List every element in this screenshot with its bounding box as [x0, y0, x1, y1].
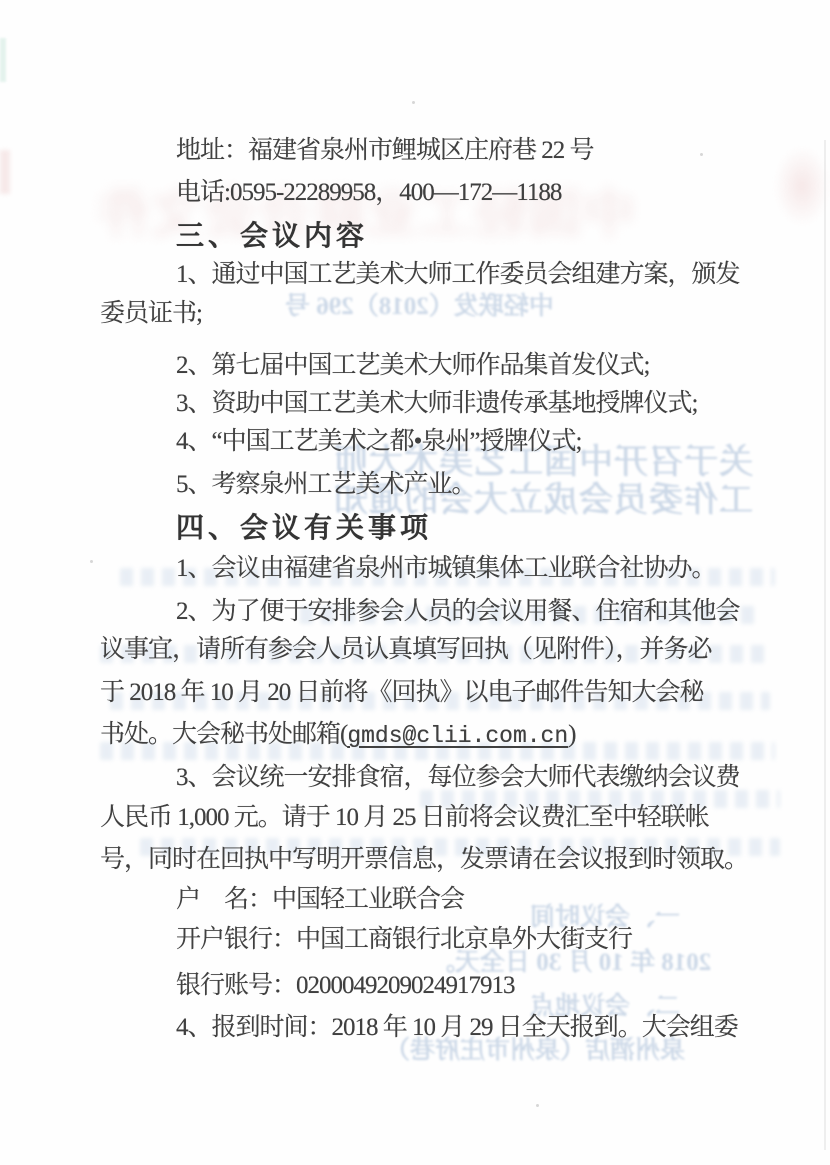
text-line: 开户银行：中国工商银行北京阜外大街支行 — [176, 919, 632, 955]
section-heading: 四、会议有关事项 — [176, 506, 432, 546]
text-line: 人民币 1,000 元。请于 10 月 25 日前将会议费汇至中轻联帐 — [100, 797, 709, 833]
text-line: 2、第七届中国工艺美术大师作品集首发仪式; — [176, 345, 649, 381]
text-line: 3、会议统一安排食宿，每位参会大师代表缴纳会议费 — [176, 757, 740, 793]
text-line: 2、为了便于安排参会人员的会议用餐、住宿和其他会 — [176, 591, 740, 627]
scan-artifact-teal-strip — [0, 38, 6, 82]
section-heading: 三、会议内容 — [176, 214, 368, 254]
bleed-doc-number: 中轻联发（2018）296 号 — [285, 286, 554, 322]
text-line: 书处。大会秘书处邮箱(gmds@clii.com.cn) — [100, 714, 576, 750]
text-line: 4、“中国工艺美术之都•泉州”授牌仪式; — [176, 421, 581, 457]
text-line: 1、会议由福建省泉州市城镇集体工业联合社协办。 — [176, 548, 716, 584]
text-line: 1、通过中国工艺美术大师工作委员会组建方案，颁发 — [176, 254, 740, 290]
text-line: 户 名：中国轻工业联合会 — [176, 879, 464, 915]
scan-artifact-speck — [536, 1104, 539, 1107]
text-line: 议事宜，请所有参会人员认真填写回执（见附件），并务必 — [100, 629, 712, 665]
text-segment: 书处。大会秘书处邮箱( — [100, 721, 347, 748]
text-line: 地址：福建省泉州市鲤城区庄府巷 22 号 — [176, 130, 594, 166]
text-line: 电话:0595-22289958，400—172—1188 — [176, 172, 561, 208]
scanned-document-page: 中国轻工业联合会文件中轻联发（2018）296 号关于召开中国工艺美术大师工作委… — [0, 0, 830, 1165]
scan-artifact-edge-line — [824, 140, 826, 1150]
scan-artifact-speck — [90, 560, 93, 563]
text-line: 4、报到时间：2018 年 10 月 29 日全天报到。大会组委 — [176, 1007, 738, 1043]
text-line: 委员证书; — [100, 293, 202, 329]
text-line: 于 2018 年 10 月 20 日前将《回执》以电子邮件告知大会秘 — [100, 672, 704, 708]
text-line: 银行账号：0200049209024917913 — [176, 965, 515, 1001]
scan-artifact-pink-tick — [0, 150, 10, 194]
text-line: 号，同时在回执中写明开票信息，发票请在会议报到时领取。 — [100, 839, 748, 875]
text-segment: ) — [568, 721, 575, 748]
email-address: gmds@clii.com.cn — [347, 723, 568, 749]
scan-artifact-speck — [412, 101, 415, 104]
text-line: 3、资助中国工艺美术大师非遗传承基地授牌仪式; — [176, 383, 697, 419]
scan-artifact-pink-blob — [774, 146, 830, 226]
scan-artifact-speck — [700, 153, 703, 156]
text-line: 5、考察泉州工艺美术产业。 — [176, 464, 476, 500]
